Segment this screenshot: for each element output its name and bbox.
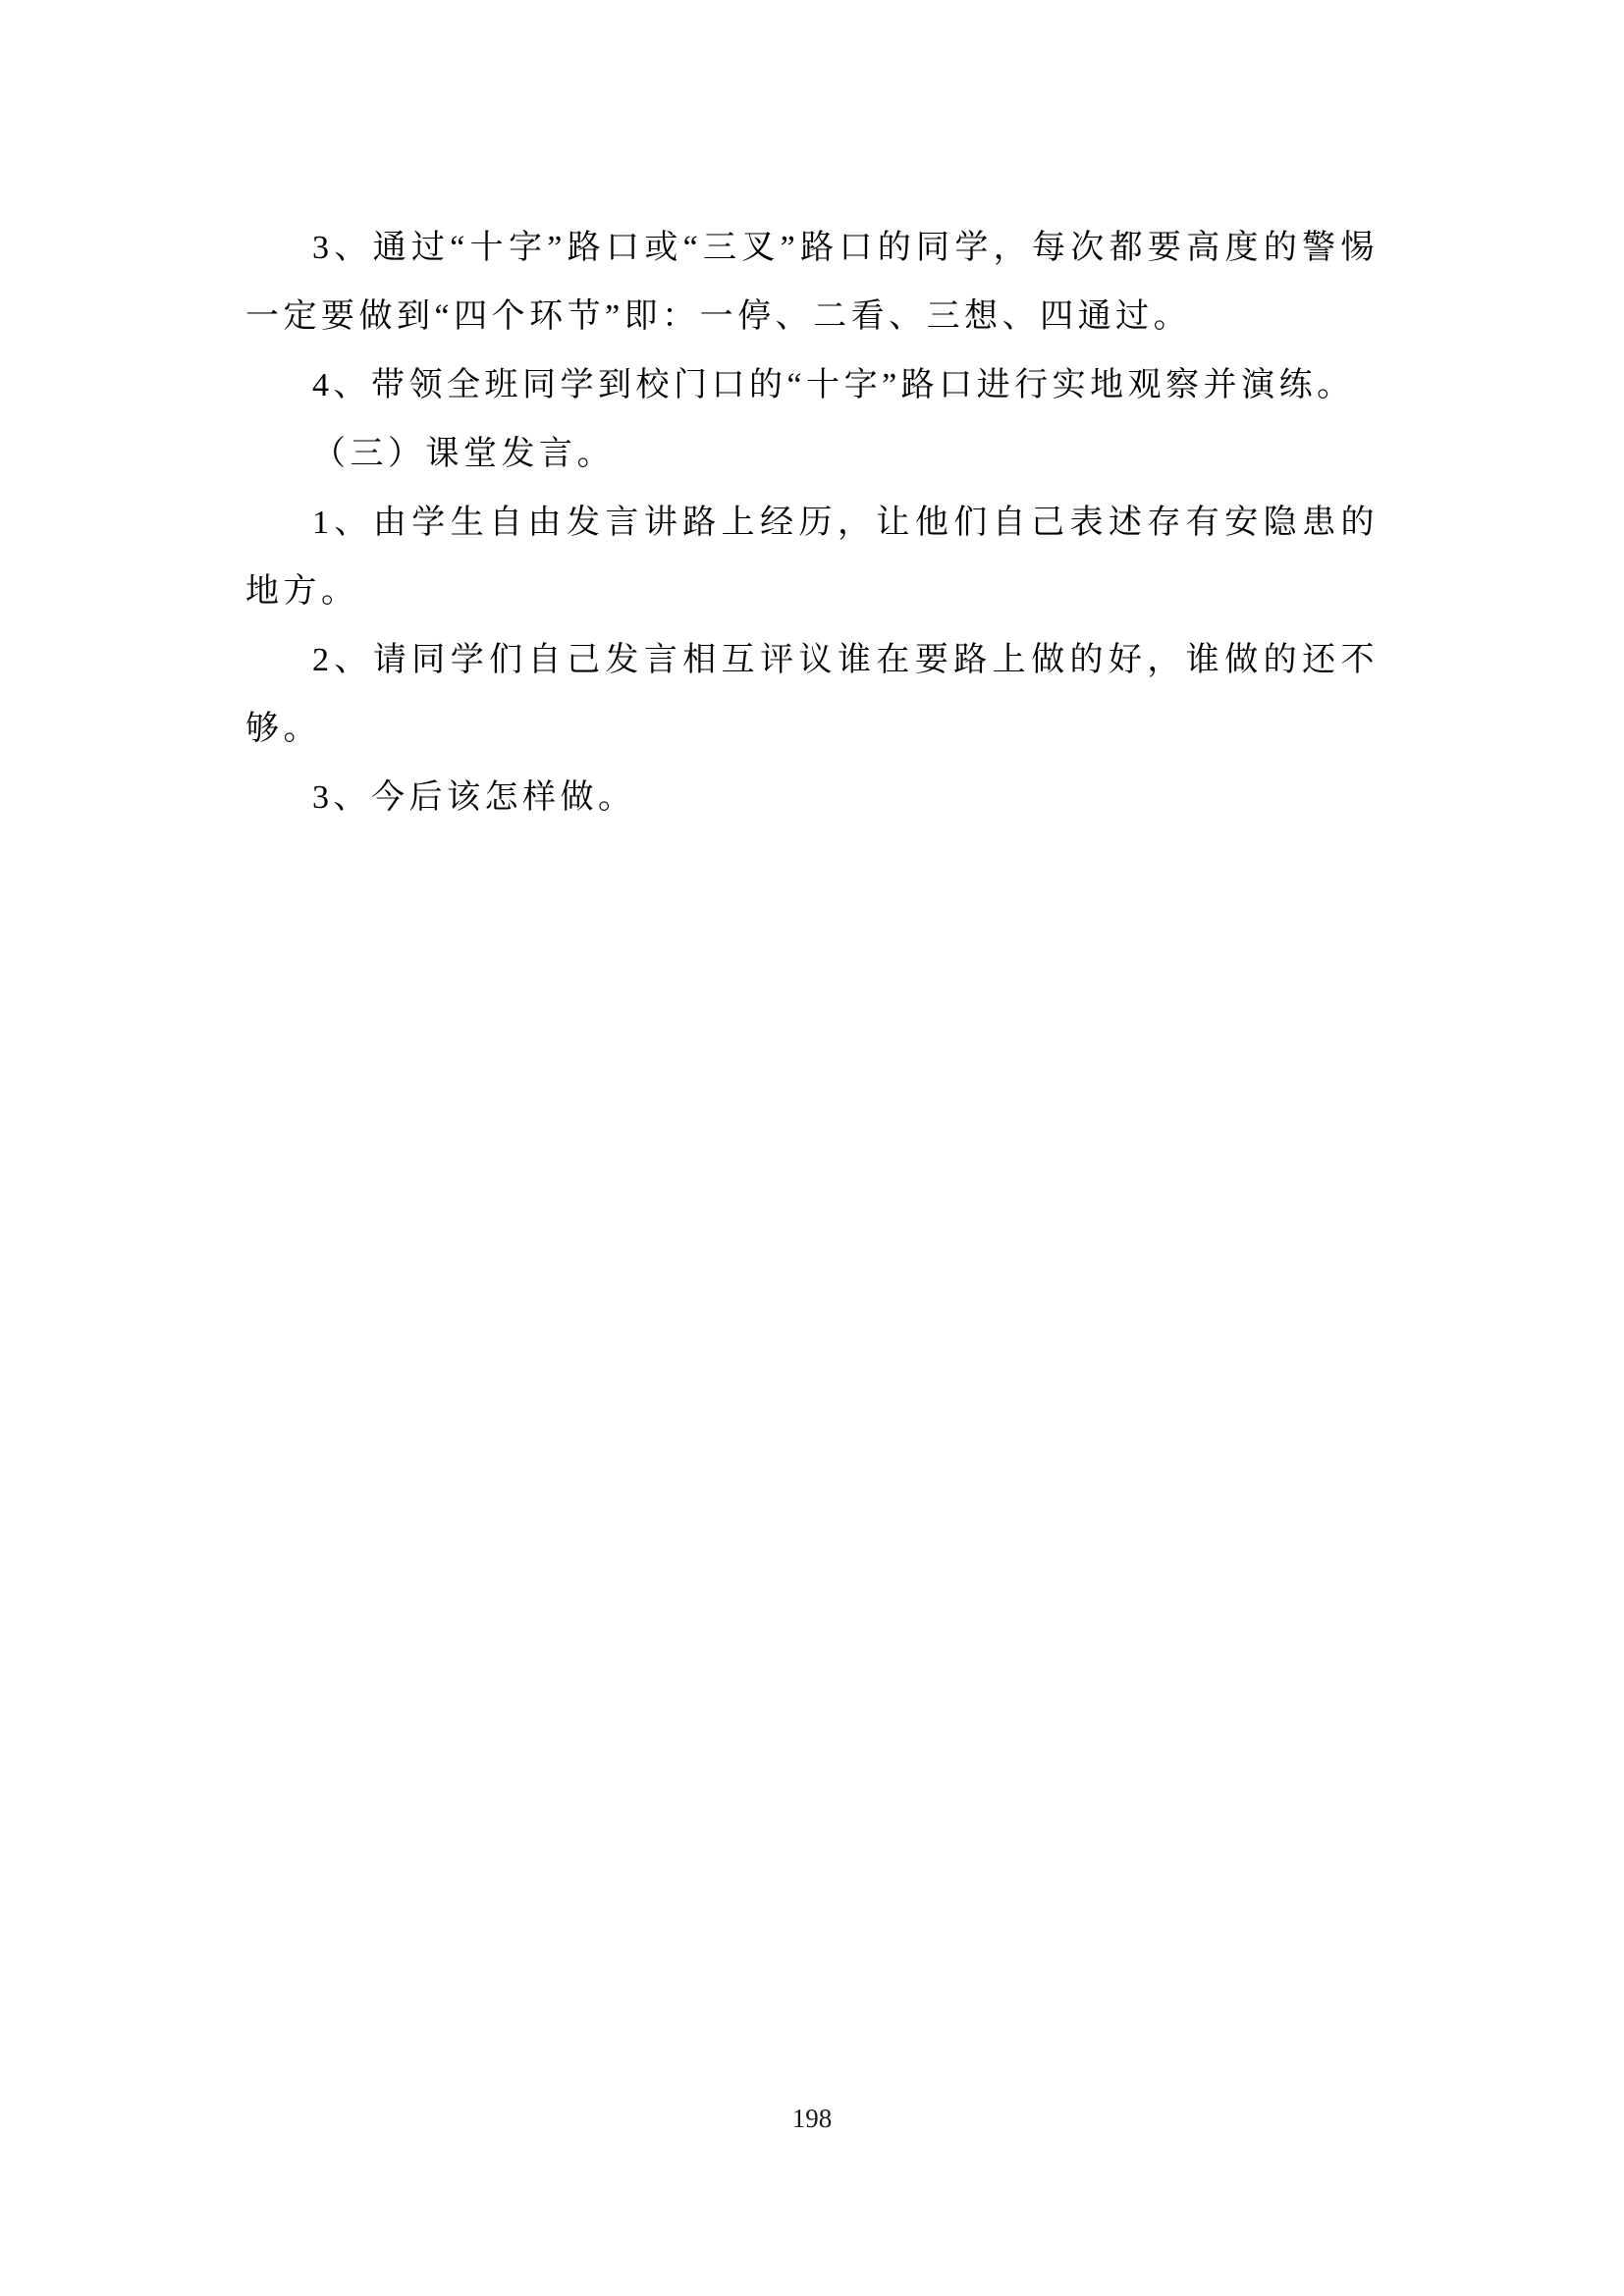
- text-content: 3、通过“十字”路口或“三叉”路口的同学，每次都要高度的警惕一定要做到“四个环节…: [245, 214, 1379, 832]
- paragraph-3: （三）课堂发言。: [245, 420, 1379, 489]
- paragraph-1: 3、通过“十字”路口或“三叉”路口的同学，每次都要高度的警惕一定要做到“四个环节…: [245, 214, 1379, 351]
- paragraph-5: 2、请同学们自己发言相互评议谁在要路上做的好，谁做的还不够。: [245, 626, 1379, 764]
- page-footer: 198: [0, 2099, 1624, 2138]
- page-number: 198: [792, 2104, 833, 2133]
- paragraph-4: 1、由学生自由发言讲路上经历，让他们自己表述存有安隐患的地方。: [245, 489, 1379, 626]
- paragraph-6: 3、今后该怎样做。: [245, 764, 1379, 832]
- paragraph-2: 4、带领全班同学到校门口的“十字”路口进行实地观察并演练。: [245, 351, 1379, 420]
- document-page: 3、通过“十字”路口或“三叉”路口的同学，每次都要高度的警惕一定要做到“四个环节…: [0, 0, 1624, 2296]
